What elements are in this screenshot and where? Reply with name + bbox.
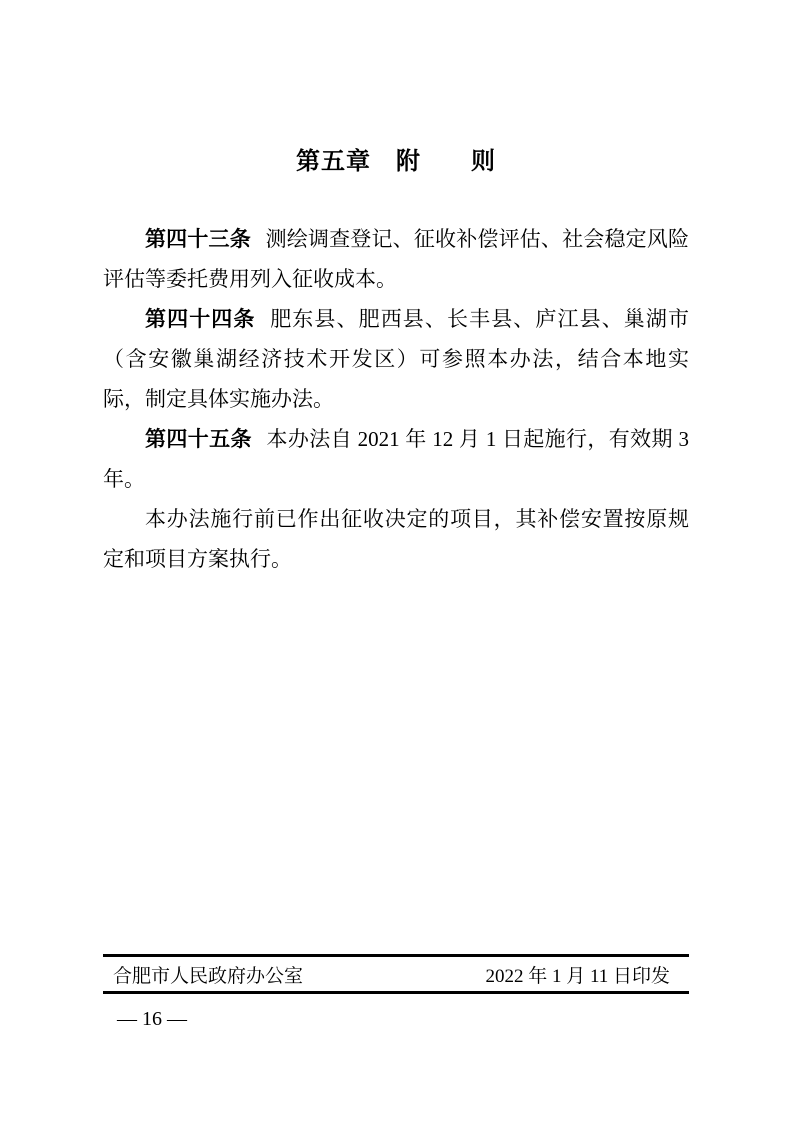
- article-45-number: 第四十五条: [145, 427, 252, 451]
- chapter-title: 第五章 附 则: [103, 147, 689, 177]
- page-footer: 合肥市人民政府办公室 2022 年 1 月 11 日印发: [103, 954, 689, 994]
- document-body: 第四十三条测绘调查登记、征收补偿评估、社会稳定风险评估等委托费用列入征收成本。 …: [103, 219, 689, 579]
- document-page: 第五章 附 则 第四十三条测绘调查登记、征收补偿评估、社会稳定风险评估等委托费用…: [0, 0, 793, 1122]
- paragraph-article-45: 第四十五条本办法自 2021 年 12 月 1 日起施行，有效期 3 年。: [103, 419, 689, 499]
- footer-issuer: 合肥市人民政府办公室: [113, 961, 303, 988]
- paragraph-article-43: 第四十三条测绘调查登记、征收补偿评估、社会稳定风险评估等委托费用列入征收成本。: [103, 219, 689, 299]
- footer-print-date: 2022 年 1 月 11 日印发: [485, 961, 670, 988]
- footer-rule-bottom: [103, 991, 689, 994]
- paragraph-article-44: 第四十四条肥东县、肥西县、长丰县、庐江县、巢湖市（含安徽巢湖经济技术开发区）可参…: [103, 299, 689, 419]
- transitional-clause-text: 本办法施行前已作出征收决定的项目，其补偿安置按原规定和项目方案执行。: [103, 507, 689, 571]
- article-43-number: 第四十三条: [145, 227, 251, 251]
- article-44-number: 第四十四条: [145, 307, 256, 331]
- paragraph-transitional-clause: 本办法施行前已作出征收决定的项目，其补偿安置按原规定和项目方案执行。: [103, 499, 689, 579]
- footer-row: 合肥市人民政府办公室 2022 年 1 月 11 日印发: [103, 957, 689, 991]
- page-number: — 16 —: [117, 1008, 187, 1031]
